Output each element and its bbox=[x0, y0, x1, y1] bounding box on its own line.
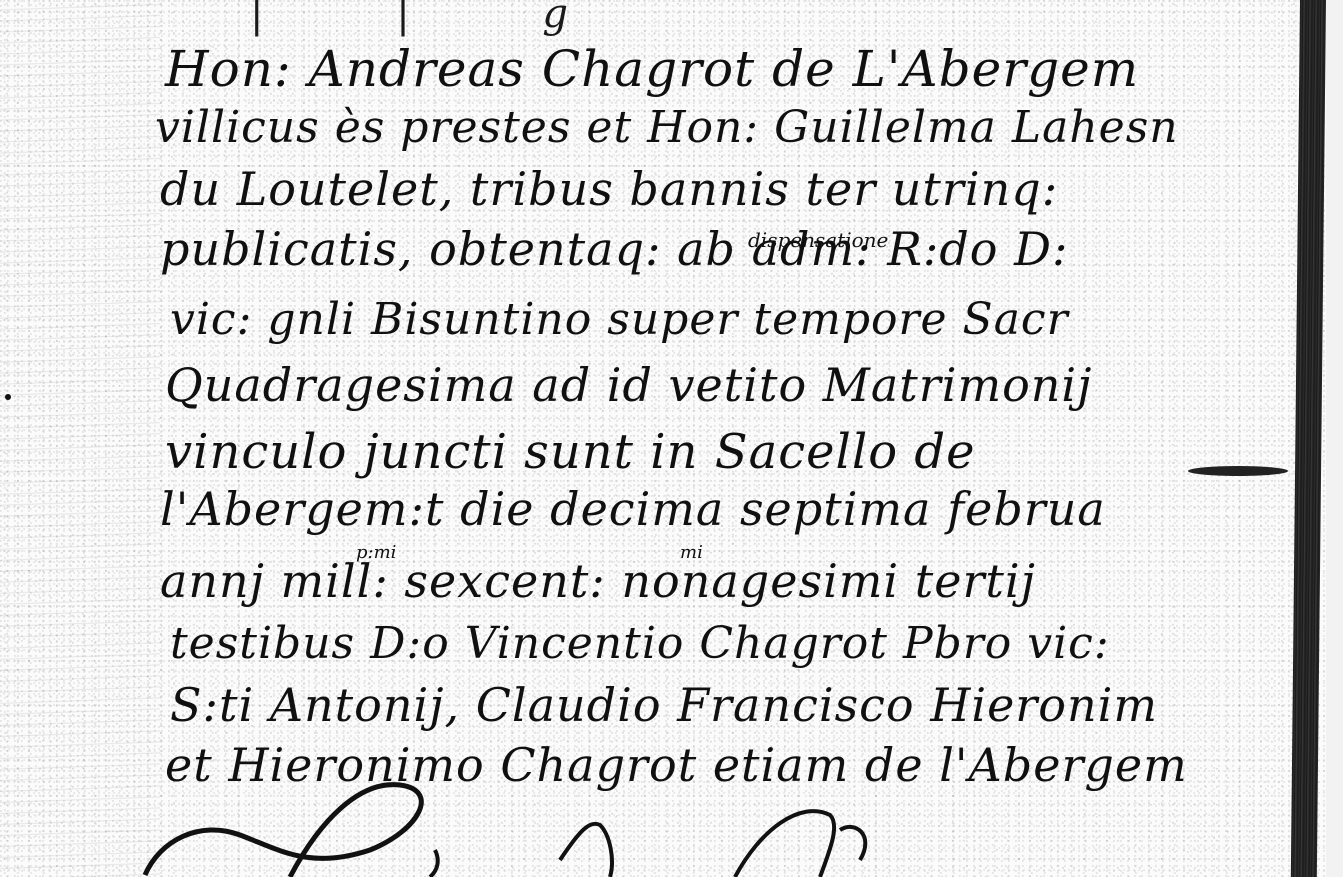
ink-blot-line-filler bbox=[1188, 466, 1288, 476]
manuscript-line-5: vic: gnli Bisuntino super tempore Sacr bbox=[170, 298, 1069, 342]
ink-spot bbox=[5, 394, 11, 400]
manuscript-line-9: annj mill: sexcent: nonagesimi tertij bbox=[160, 558, 1036, 604]
manuscript-line-2: villicus ès prestes et Hon: Guillelma La… bbox=[155, 106, 1179, 150]
book-binding-strip bbox=[1291, 0, 1326, 877]
manuscript-line-4: publicatis, obtentaq: ab adm: R:do D: bbox=[160, 226, 1069, 272]
manuscript-line-6: Quadragesima ad id vetito Matrimonij bbox=[165, 362, 1092, 408]
manuscript-line-11: S:ti Antonij, Claudio Francisco Hieronim bbox=[170, 682, 1158, 728]
manuscript-line-7: vinculo juncti sunt in Sacello de bbox=[165, 428, 976, 476]
facing-page-edge bbox=[1326, 0, 1343, 877]
cut-off-top-line: | | g bbox=[250, 0, 628, 34]
signature-flourish bbox=[140, 780, 1140, 877]
manuscript-line-8: l'Abergem:t die decima septima februa bbox=[160, 486, 1106, 532]
manuscript-line-3: du Loutelet, tribus bannis ter utrinq: bbox=[160, 166, 1058, 212]
manuscript-line-10: testibus D:o Vincentio Chagrot Pbro vic: bbox=[170, 622, 1110, 666]
left-margin-paper-noise bbox=[0, 0, 160, 877]
manuscript-line-1: Hon: Andreas Chagrot de L'Abergem bbox=[165, 44, 1139, 94]
manuscript-page: | | g Hon: Andreas Chagrot de L'Abergem … bbox=[0, 0, 1343, 877]
